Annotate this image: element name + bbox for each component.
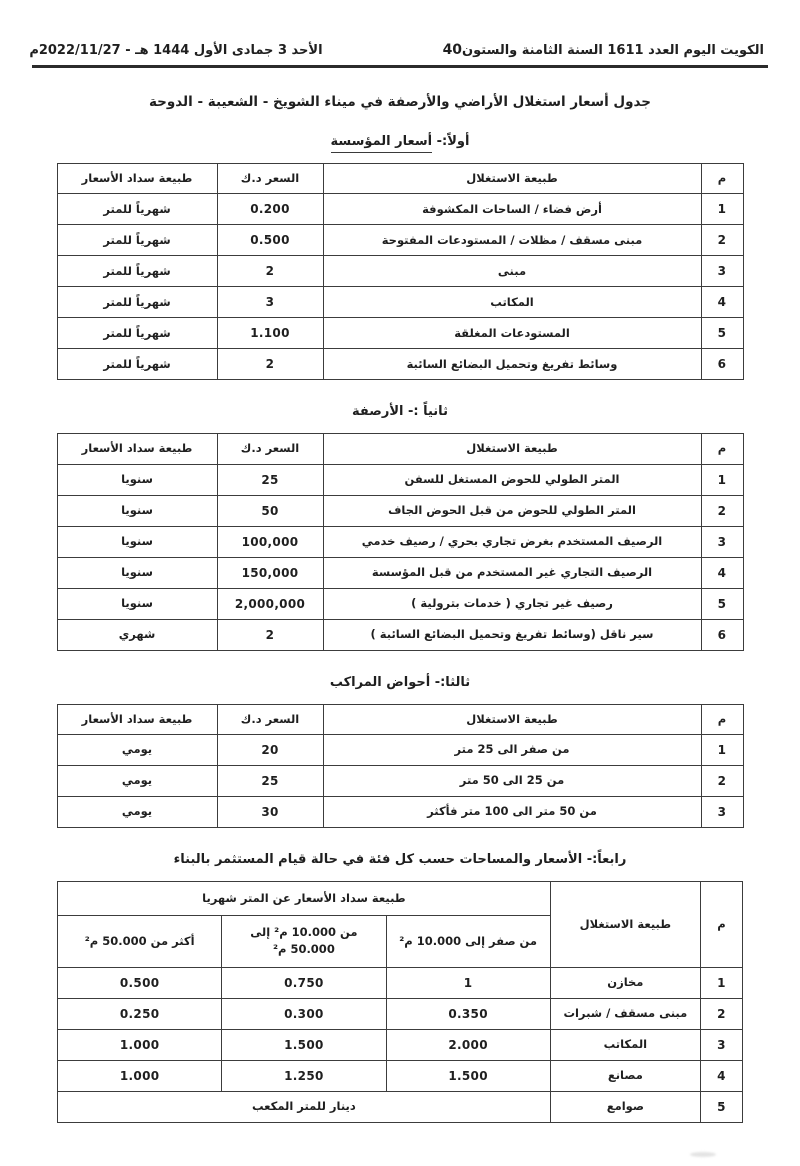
- table-row: 1 المتر الطولي للحوض المستغل للسفن 25 سن…: [57, 464, 743, 495]
- payment-cell: شهرياً للمتر: [57, 349, 217, 380]
- col-number: م: [701, 164, 743, 194]
- payment-cell: سنويا: [57, 464, 217, 495]
- section2-heading: ثانياً :- الأرصفة: [0, 404, 800, 419]
- price-cell: 0.500: [217, 225, 323, 256]
- row-number: 4: [700, 1060, 742, 1091]
- payment-cell: شهرياً للمتر: [57, 318, 217, 349]
- col-range-10000-50000: من 10.000 م² إلى 50.000 م²: [222, 916, 386, 968]
- row-number: 2: [700, 998, 742, 1029]
- payment-cell: شهري: [57, 619, 217, 650]
- price-cell: 2: [217, 349, 323, 380]
- row-number: 3: [701, 796, 743, 827]
- price-cell-range3: 1.000: [58, 1060, 222, 1091]
- usage-cell: المكاتب: [323, 287, 701, 318]
- table-row: 5 المستودعات المغلقة 1.100 شهرياً للمتر: [57, 318, 743, 349]
- payment-cell: سنويا: [57, 495, 217, 526]
- table-row: 6 وسائط تفريغ وتحميل البضائع السائبة 2 ش…: [57, 349, 743, 380]
- col-payment-nature: طبيعة سداد الأسعار: [57, 434, 217, 464]
- table-row: 2 مبنى مسقف / مظلات / المستودعات المفتوح…: [57, 225, 743, 256]
- section1-heading-text: أسعار المؤسسة: [331, 134, 433, 153]
- col-number: م: [700, 881, 742, 967]
- price-cell: 25: [217, 765, 323, 796]
- row-number: 1: [701, 194, 743, 225]
- scan-artifact: [690, 1152, 716, 1157]
- price-cell: 2: [217, 619, 323, 650]
- payment-cell: يومي: [57, 765, 217, 796]
- section1-heading-prefix: أولاً:-: [437, 134, 470, 149]
- price-cell-range1: 0.350: [386, 998, 550, 1029]
- payment-cell: سنويا: [57, 557, 217, 588]
- table-investor-construction-prices: م طبيعة الاستغلال طبيعة سداد الأسعار عن …: [57, 881, 743, 1123]
- table-row: 2 المتر الطولي للحوض من قبل الحوض الجاف …: [57, 495, 743, 526]
- usage-cell: مخازن: [550, 967, 700, 998]
- col-payment-nature: طبيعة سداد الأسعار: [57, 704, 217, 734]
- price-cell: 100,000: [217, 526, 323, 557]
- usage-cell: أرض فضاء / الساحات المكشوفة: [323, 194, 701, 225]
- table-row: 1 أرض فضاء / الساحات المكشوفة 0.200 شهري…: [57, 194, 743, 225]
- table-row: 2 مبنى مسقف / شبرات 0.350 0.300 0.250: [58, 998, 743, 1029]
- table-boat-basins: م طبيعة الاستغلال السعر د.ك طبيعة سداد ا…: [57, 704, 744, 828]
- row-number: 3: [701, 256, 743, 287]
- table-row: 4 مصانع 1.500 1.250 1.000: [58, 1060, 743, 1091]
- gazette-page: الكويت اليوم العدد 1611 السنة الثامنة وا…: [0, 0, 800, 1166]
- row-number: 4: [701, 287, 743, 318]
- usage-cell: المتر الطولي للحوض من قبل الحوض الجاف: [323, 495, 701, 526]
- price-cell: 25: [217, 464, 323, 495]
- payment-cell: يومي: [57, 734, 217, 765]
- payment-cell: سنويا: [57, 526, 217, 557]
- table-row: 5 رصيف غير تجاري ( خدمات بترولية ) 2,000…: [57, 588, 743, 619]
- table-row-silos: 5 صوامع دينار للمتر المكعب: [58, 1091, 743, 1122]
- price-cell-range2: 0.300: [222, 998, 386, 1029]
- col-usage-nature: طبيعة الاستغلال: [323, 164, 701, 194]
- usage-cell: سير ناقل (وسائط تفريغ وتحميل البضائع الس…: [323, 619, 701, 650]
- row-number: 4: [701, 557, 743, 588]
- price-cell-range3: 1.000: [58, 1029, 222, 1060]
- row-number: 2: [701, 495, 743, 526]
- table-header-row: م طبيعة الاستغلال طبيعة سداد الأسعار عن …: [58, 881, 743, 915]
- usage-cell: الرصيف التجاري غير المستخدم من قبل المؤس…: [323, 557, 701, 588]
- price-cell: 50: [217, 495, 323, 526]
- price-cell-range2: 1.250: [222, 1060, 386, 1091]
- page-header: الكويت اليوم العدد 1611 السنة الثامنة وا…: [0, 0, 800, 65]
- payment-cell: سنويا: [57, 588, 217, 619]
- table-header-row: م طبيعة الاستغلال السعر د.ك طبيعة سداد ا…: [57, 704, 743, 734]
- table-row: 6 سير ناقل (وسائط تفريغ وتحميل البضائع ا…: [57, 619, 743, 650]
- table-row: 1 من صفر الى 25 متر 20 يومي: [57, 734, 743, 765]
- price-cell: 20: [217, 734, 323, 765]
- table-row: 3 مبنى 2 شهرياً للمتر: [57, 256, 743, 287]
- usage-cell: مبنى مسقف / مظلات / المستودعات المفتوحة: [323, 225, 701, 256]
- table-row: 4 المكاتب 3 شهرياً للمتر: [57, 287, 743, 318]
- section4-heading: رابعاً:- الأسعار والمساحات حسب كل فئة في…: [0, 852, 800, 867]
- silos-price-note: دينار للمتر المكعب: [58, 1091, 551, 1122]
- section3-heading: ثالثا:- أحواض المراكب: [0, 675, 800, 690]
- payment-cell: شهرياً للمتر: [57, 287, 217, 318]
- table-quays-prices: م طبيعة الاستغلال السعر د.ك طبيعة سداد ا…: [57, 433, 744, 650]
- usage-cell: صوامع: [550, 1091, 700, 1122]
- payment-cell: يومي: [57, 796, 217, 827]
- price-cell: 3: [217, 287, 323, 318]
- price-cell-range3: 0.250: [58, 998, 222, 1029]
- col-usage-nature: طبيعة الاستغلال: [323, 704, 701, 734]
- price-cell-range1: 2.000: [386, 1029, 550, 1060]
- row-number: 5: [701, 588, 743, 619]
- price-cell-range3: 0.500: [58, 967, 222, 998]
- header-divider: [32, 65, 768, 68]
- table-row: 1 مخازن 1 0.750 0.500: [58, 967, 743, 998]
- usage-cell: مبنى مسقف / شبرات: [550, 998, 700, 1029]
- price-cell-range2: 1.500: [222, 1029, 386, 1060]
- usage-cell: مصانع: [550, 1060, 700, 1091]
- row-number: 6: [701, 349, 743, 380]
- row-number: 1: [701, 734, 743, 765]
- header-date: الأحد 3 جمادى الأول 1444 هـ - 2022/11/27…: [29, 43, 322, 58]
- price-cell-range1: 1.500: [386, 1060, 550, 1091]
- price-cell: 2,000,000: [217, 588, 323, 619]
- table-row: 3 الرصيف المستخدم بغرض تجاري بحري / رصيف…: [57, 526, 743, 557]
- row-number: 6: [701, 619, 743, 650]
- price-cell: 2: [217, 256, 323, 287]
- header-page-number: 40: [443, 42, 462, 58]
- table-header-row: م طبيعة الاستغلال السعر د.ك طبيعة سداد ا…: [57, 434, 743, 464]
- table-row: 3 من 50 متر الى 100 متر فأكثر 30 يومي: [57, 796, 743, 827]
- row-number: 5: [701, 318, 743, 349]
- table-row: 4 الرصيف التجاري غير المستخدم من قبل الم…: [57, 557, 743, 588]
- price-cell-range1: 1: [386, 967, 550, 998]
- usage-cell: الرصيف المستخدم بغرض تجاري بحري / رصيف خ…: [323, 526, 701, 557]
- col-range-over-50000: أكثر من 50.000 م²: [58, 916, 222, 968]
- col-number: م: [701, 704, 743, 734]
- col-range-0-10000: من صفر إلى 10.000 م²: [386, 916, 550, 968]
- usage-cell: من صفر الى 25 متر: [323, 734, 701, 765]
- table-row: 3 المكاتب 2.000 1.500 1.000: [58, 1029, 743, 1060]
- price-cell: 150,000: [217, 557, 323, 588]
- price-cell-range2: 0.750: [222, 967, 386, 998]
- payment-cell: شهرياً للمتر: [57, 194, 217, 225]
- table-row: 2 من 25 الى 50 متر 25 يومي: [57, 765, 743, 796]
- price-cell: 30: [217, 796, 323, 827]
- row-number: 3: [701, 526, 743, 557]
- col-price-kd: السعر د.ك: [217, 164, 323, 194]
- row-number: 2: [701, 225, 743, 256]
- row-number: 3: [700, 1029, 742, 1060]
- document-title: جدول أسعار استغلال الأراضي والأرصفة في م…: [0, 94, 800, 110]
- row-number: 5: [700, 1091, 742, 1122]
- table-foundation-prices: م طبيعة الاستغلال السعر د.ك طبيعة سداد ا…: [57, 163, 744, 380]
- col-number: م: [701, 434, 743, 464]
- price-cell: 0.200: [217, 194, 323, 225]
- usage-cell: المكاتب: [550, 1029, 700, 1060]
- row-number: 1: [700, 967, 742, 998]
- table-header-row: م طبيعة الاستغلال السعر د.ك طبيعة سداد ا…: [57, 164, 743, 194]
- col-price-kd: السعر د.ك: [217, 704, 323, 734]
- header-journal-info: الكويت اليوم العدد 1611 السنة الثامنة وا…: [462, 43, 764, 58]
- col-price-kd: السعر د.ك: [217, 434, 323, 464]
- col-group-payment-per-meter-monthly: طبيعة سداد الأسعار عن المتر شهريا: [58, 881, 551, 915]
- col-usage-nature: طبيعة الاستغلال: [323, 434, 701, 464]
- usage-cell: من 25 الى 50 متر: [323, 765, 701, 796]
- usage-cell: المتر الطولي للحوض المستغل للسفن: [323, 464, 701, 495]
- usage-cell: وسائط تفريغ وتحميل البضائع السائبة: [323, 349, 701, 380]
- payment-cell: شهرياً للمتر: [57, 256, 217, 287]
- usage-cell: من 50 متر الى 100 متر فأكثر: [323, 796, 701, 827]
- row-number: 1: [701, 464, 743, 495]
- usage-cell: رصيف غير تجاري ( خدمات بترولية ): [323, 588, 701, 619]
- section1-heading: أولاً:- أسعار المؤسسة: [0, 134, 800, 149]
- col-payment-nature: طبيعة سداد الأسعار: [57, 164, 217, 194]
- payment-cell: شهرياً للمتر: [57, 225, 217, 256]
- usage-cell: مبنى: [323, 256, 701, 287]
- usage-cell: المستودعات المغلقة: [323, 318, 701, 349]
- row-number: 2: [701, 765, 743, 796]
- col-usage-nature: طبيعة الاستغلال: [550, 881, 700, 967]
- price-cell: 1.100: [217, 318, 323, 349]
